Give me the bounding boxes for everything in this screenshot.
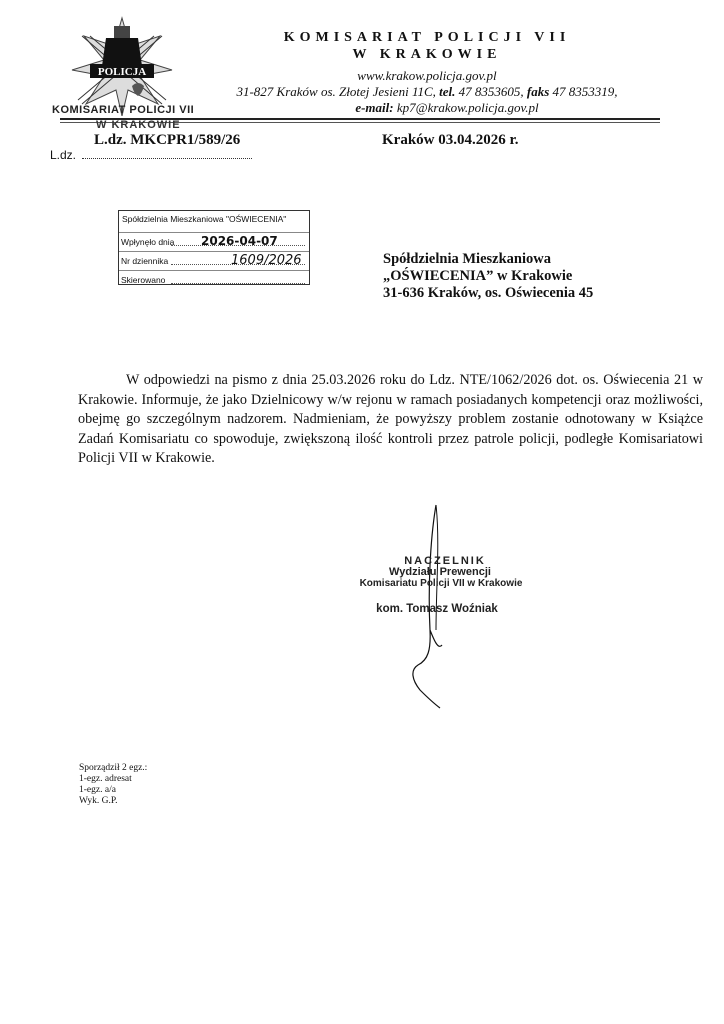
tel-value: 47 8353605, — [459, 84, 524, 99]
letterhead-website: www.krakow.policja.gov.pl — [0, 68, 724, 84]
email-label: e-mail: — [355, 100, 393, 115]
journal-label: Nr dziennika — [121, 256, 168, 266]
fax-value: 47 8353319, — [553, 84, 618, 99]
received-value: 2026-04-07 — [201, 234, 278, 248]
receipt-journal-row: Nr dziennika 1609/2026 — [119, 252, 309, 271]
stamp-line1: KOMISARIAT POLICJI VII — [52, 104, 194, 116]
signature-name: kom. Tomasz Woźniak — [352, 603, 522, 615]
footer-copy1: 1-egz. adresat — [79, 774, 132, 785]
recipient-line2: „OŚWIECENIA” w Krakowie — [383, 268, 572, 285]
signature-unit: Komisariatu Policji VII w Krakowie — [346, 578, 536, 589]
signature-department: Wydziału Prewencji — [360, 566, 520, 578]
receipt-stamp-title: Spółdzielnia Mieszkaniowa "OŚWIECENIA" — [119, 211, 309, 233]
reference-blank-label: L.dz. — [50, 148, 76, 162]
footer-copy2: 1-egz. a/a — [79, 785, 116, 796]
letter-date: Kraków 03.04.2026 r. — [382, 132, 519, 149]
assigned-label: Skierowano — [121, 275, 165, 285]
reference-blank: L.dz. — [50, 148, 252, 162]
recipient-line3: 31-636 Kraków, os. Oświecenia 45 — [383, 285, 593, 302]
footer-author: Wyk. G.P. — [79, 796, 118, 807]
assigned-dots — [171, 283, 305, 284]
receipt-received-row: Wpłynęło dnia 2026-04-07 — [119, 233, 309, 252]
journal-value: 1609/2026 — [231, 253, 302, 268]
stamp-line2: W KRAKOWIE — [96, 119, 181, 131]
letterhead-subtitle: W KRAKOWIE — [0, 47, 724, 63]
letterhead-address: 31-827 Kraków os. Złotej Jesieni 11C, — [236, 84, 435, 99]
recipient-line1: Spółdzielnia Mieszkaniowa — [383, 251, 551, 268]
reference-blank-dots — [82, 158, 252, 159]
received-label: Wpłynęło dnia — [121, 237, 174, 247]
reference-number: L.dz. MKCPR1/589/26 — [94, 132, 240, 149]
receipt-stamp: Spółdzielnia Mieszkaniowa "OŚWIECENIA" W… — [118, 210, 310, 285]
letterhead-contact: 31-827 Kraków os. Złotej Jesieni 11C, te… — [0, 84, 724, 100]
letterhead-title: KOMISARIAT POLICJI VII — [0, 30, 724, 46]
receipt-assigned-row: Skierowano — [119, 271, 309, 289]
fax-label: faks — [527, 84, 549, 99]
footer-copies: Sporządził 2 egz.: — [79, 763, 147, 774]
letter-body: W odpowiedzi na pismo z dnia 25.03.2026 … — [78, 371, 703, 469]
tel-label: tel. — [439, 84, 455, 99]
email-value: kp7@krakow.policja.gov.pl — [397, 100, 539, 115]
body-paragraph: W odpowiedzi na pismo z dnia 25.03.2026 … — [78, 371, 703, 469]
